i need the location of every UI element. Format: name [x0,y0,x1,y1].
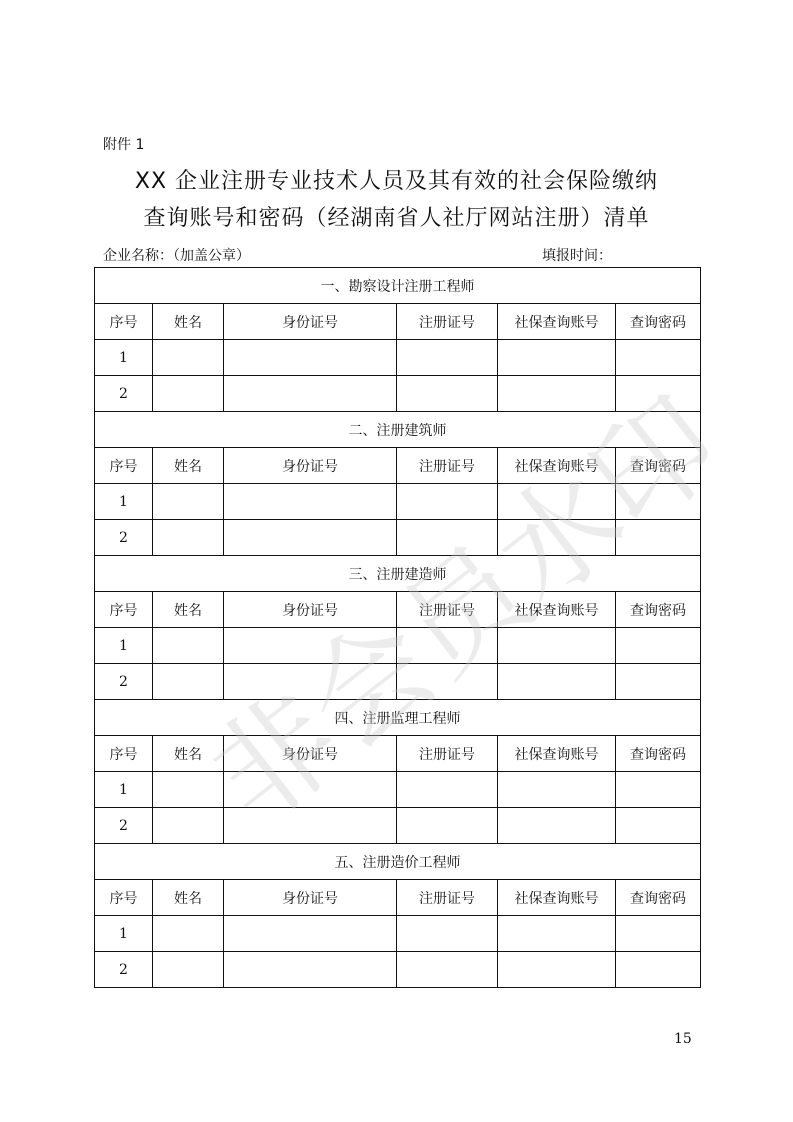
column-header: 社保查询账号 [498,448,616,484]
table-cell[interactable] [397,376,498,412]
section-header-row: 二、注册建筑师 [95,412,701,448]
table-cell[interactable] [616,808,701,844]
table-row: 1 [95,628,701,664]
column-header-row: 序号姓名身份证号注册证号社保查询账号查询密码 [95,592,701,628]
column-header: 查询密码 [616,448,701,484]
table-row: 2 [95,952,701,988]
column-header: 身份证号 [224,448,397,484]
column-header: 社保查询账号 [498,880,616,916]
page-number: 15 [674,1031,692,1047]
column-header: 注册证号 [397,736,498,772]
table-cell[interactable] [153,664,224,700]
attachment-label: 附件 1 [103,134,144,154]
table-cell[interactable] [498,628,616,664]
table-row: 2 [95,376,701,412]
table-cell[interactable] [224,340,397,376]
column-header: 序号 [95,448,153,484]
table-cell[interactable] [498,664,616,700]
table-cell[interactable] [498,340,616,376]
document-title-line1: XX 企业注册专业技术人员及其有效的社会保险缴纳 [0,164,793,195]
section-title: 五、注册造价工程师 [95,844,701,880]
table-cell[interactable] [616,952,701,988]
table-cell[interactable] [616,628,701,664]
table-cell[interactable] [397,520,498,556]
table-cell[interactable] [224,952,397,988]
row-number: 2 [95,808,153,844]
table-cell[interactable] [616,376,701,412]
table-cell[interactable] [153,484,224,520]
column-header: 查询密码 [616,592,701,628]
row-number: 2 [95,520,153,556]
section-title: 一、勘察设计注册工程师 [95,268,701,304]
table-cell[interactable] [397,628,498,664]
table-cell[interactable] [397,952,498,988]
section-title: 三、注册建造师 [95,556,701,592]
table-cell[interactable] [224,808,397,844]
column-header: 注册证号 [397,448,498,484]
table-cell[interactable] [498,916,616,952]
table-row: 1 [95,484,701,520]
table-cell[interactable] [397,772,498,808]
document-title-line2: 查询账号和密码（经湖南省人社厅网站注册）清单 [0,201,793,232]
table-cell[interactable] [397,484,498,520]
table-row: 2 [95,808,701,844]
column-header: 姓名 [153,304,224,340]
fill-date-label: 填报时间： [542,245,612,265]
row-number: 2 [95,376,153,412]
table-row: 1 [95,916,701,952]
table-cell[interactable] [616,484,701,520]
table-row: 2 [95,520,701,556]
column-header: 姓名 [153,736,224,772]
table-cell[interactable] [224,628,397,664]
table-cell[interactable] [397,916,498,952]
table-cell[interactable] [224,664,397,700]
section-header-row: 四、注册监理工程师 [95,700,701,736]
table-cell[interactable] [224,520,397,556]
table-cell[interactable] [616,772,701,808]
column-header-row: 序号姓名身份证号注册证号社保查询账号查询密码 [95,736,701,772]
table-cell[interactable] [397,808,498,844]
column-header: 身份证号 [224,736,397,772]
table-cell[interactable] [498,952,616,988]
table-cell[interactable] [498,808,616,844]
table-cell[interactable] [153,916,224,952]
section-title: 二、注册建筑师 [95,412,701,448]
table-cell[interactable] [616,340,701,376]
table-cell[interactable] [498,484,616,520]
column-header: 查询密码 [616,736,701,772]
table-cell[interactable] [498,376,616,412]
table-cell[interactable] [397,340,498,376]
column-header: 姓名 [153,880,224,916]
table-cell[interactable] [224,916,397,952]
table-cell[interactable] [616,916,701,952]
column-header-row: 序号姓名身份证号注册证号社保查询账号查询密码 [95,880,701,916]
section-header-row: 一、勘察设计注册工程师 [95,268,701,304]
company-name-label: 企业名称：（加盖公章） [103,245,250,265]
table-cell[interactable] [153,520,224,556]
column-header: 身份证号 [224,304,397,340]
table-cell[interactable] [224,376,397,412]
column-header: 序号 [95,592,153,628]
table-cell[interactable] [153,952,224,988]
table-cell[interactable] [616,664,701,700]
column-header: 注册证号 [397,880,498,916]
column-header: 姓名 [153,592,224,628]
table-cell[interactable] [153,376,224,412]
column-header: 序号 [95,736,153,772]
column-header-row: 序号姓名身份证号注册证号社保查询账号查询密码 [95,304,701,340]
table-cell[interactable] [153,808,224,844]
column-header: 身份证号 [224,592,397,628]
row-number: 1 [95,340,153,376]
section-header-row: 三、注册建造师 [95,556,701,592]
column-header: 查询密码 [616,880,701,916]
section-title: 四、注册监理工程师 [95,700,701,736]
column-header: 身份证号 [224,880,397,916]
column-header: 姓名 [153,448,224,484]
row-number: 1 [95,628,153,664]
table-cell[interactable] [498,772,616,808]
table-cell[interactable] [498,520,616,556]
column-header: 社保查询账号 [498,736,616,772]
table-row: 1 [95,772,701,808]
row-number: 1 [95,772,153,808]
row-number: 2 [95,664,153,700]
table-cell[interactable] [153,628,224,664]
table-cell[interactable] [153,772,224,808]
column-header: 注册证号 [397,592,498,628]
column-header: 注册证号 [397,304,498,340]
table-cell[interactable] [224,484,397,520]
row-number: 2 [95,952,153,988]
row-number: 1 [95,484,153,520]
column-header: 社保查询账号 [498,304,616,340]
registration-table: 一、勘察设计注册工程师序号姓名身份证号注册证号社保查询账号查询密码12二、注册建… [94,267,701,988]
table-cell[interactable] [397,664,498,700]
table-row: 1 [95,340,701,376]
column-header-row: 序号姓名身份证号注册证号社保查询账号查询密码 [95,448,701,484]
table-cell[interactable] [616,520,701,556]
table-cell[interactable] [153,340,224,376]
table-cell[interactable] [224,772,397,808]
column-header: 查询密码 [616,304,701,340]
row-number: 1 [95,916,153,952]
column-header: 序号 [95,880,153,916]
column-header: 序号 [95,304,153,340]
column-header: 社保查询账号 [498,592,616,628]
section-header-row: 五、注册造价工程师 [95,844,701,880]
table-row: 2 [95,664,701,700]
